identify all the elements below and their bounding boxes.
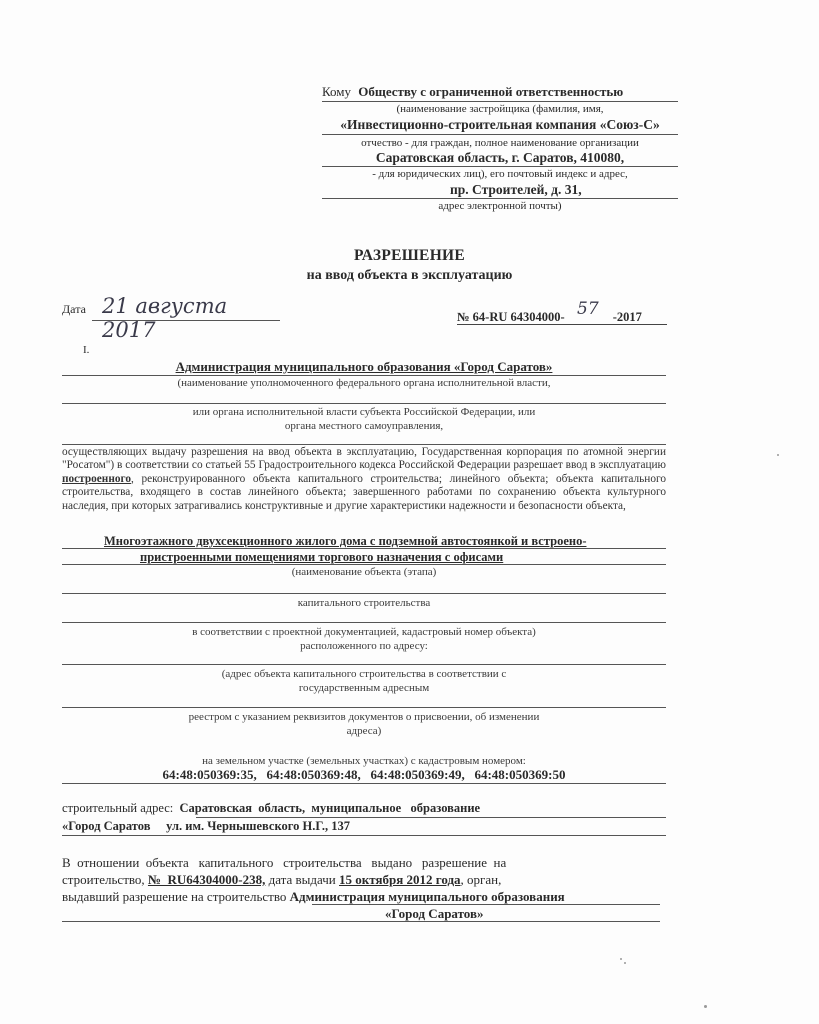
underline xyxy=(196,817,666,818)
to-label: Кому xyxy=(322,84,351,99)
addressee-hint-1: (наименование застройщика (фамилия, имя, xyxy=(322,103,678,115)
addressee-hint-3: - для юридических лиц), его почтовый инд… xyxy=(322,168,678,180)
document-title: РАЗРЕШЕНИЕ xyxy=(0,247,819,265)
underline xyxy=(62,564,666,565)
object-name-line-2: пристроенными помещениями торгового назн… xyxy=(140,550,503,565)
authority-hint-3: органа местного самоуправления, xyxy=(62,420,666,432)
underline xyxy=(62,783,666,784)
underline xyxy=(62,375,666,376)
object-hint-address-1: (адрес объекта капитального строительств… xyxy=(62,668,666,680)
scan-speck xyxy=(620,958,622,960)
underline xyxy=(62,835,666,836)
build-permit-number: № RU64304000-238, xyxy=(148,872,265,887)
object-hint-address-2: государственным адресным xyxy=(62,682,666,694)
build-address-line-1: Саратовская область, муниципальное образ… xyxy=(180,801,481,815)
underline xyxy=(62,444,666,445)
underline xyxy=(62,622,666,623)
issuer-label: выдавший разрешение на строительство xyxy=(62,889,290,904)
cadastral-numbers: 64:48:050369:35, 64:48:050369:48, 64:48:… xyxy=(62,767,666,783)
build-permit-date: 15 октября 2012 года xyxy=(339,872,461,887)
permit-text-line-1: В отношении объекта капитального строите… xyxy=(62,855,506,871)
object-hint-registry-1: реестром с указанием реквизитов документ… xyxy=(62,711,666,723)
build-address-row: строительный адрес: Саратовская область,… xyxy=(62,801,480,816)
permit-text-line-2: строительство, № RU64304000-238, дата вы… xyxy=(62,872,501,888)
authority-hint-1: (наименование уполномоченного федерально… xyxy=(62,377,666,389)
authority-name: Администрация муниципального образования… xyxy=(62,359,666,375)
object-hint-project-2: расположенного по адресу: xyxy=(62,640,666,652)
object-hint-name: (наименование объекта (этапа) xyxy=(62,566,666,578)
underline xyxy=(62,921,660,922)
underline xyxy=(322,166,678,167)
object-hint-capital: капитального строительства xyxy=(62,597,666,609)
issuer-line-1: Администрация муниципального образования xyxy=(290,889,565,904)
object-hint-registry-2: адреса) xyxy=(62,725,666,737)
build-address-line-2: «Город Саратов ул. им. Чернышевского Н.Г… xyxy=(62,819,350,834)
handwritten-number: 57 xyxy=(577,299,599,319)
permit-number-suffix: -2017 xyxy=(613,310,642,324)
scan-speck xyxy=(624,962,626,964)
underline xyxy=(62,593,666,594)
addressee-org-name: «Инвестиционно-строительная компания «Со… xyxy=(322,117,678,133)
issuer-line-2: «Город Саратов» xyxy=(385,906,484,922)
underline xyxy=(322,134,678,135)
permit-text-post: , орган, xyxy=(461,872,502,887)
object-hint-project-1: в соответствии с проектной документацией… xyxy=(62,626,666,638)
addressee-org-type: Обществу с ограниченной ответственностью xyxy=(358,84,623,99)
addressee-city: Саратовская область, г. Саратов, 410080, xyxy=(322,150,678,166)
legal-paragraph-pre: осуществляющих выдачу разрешения на ввод… xyxy=(62,446,666,471)
handwritten-date: 21 августа 2017 xyxy=(102,294,282,342)
addressee-line-1: Кому Обществу с ограниченной ответственн… xyxy=(322,84,623,100)
underline xyxy=(312,904,660,905)
addressee-hint-4: адрес электронной почты) xyxy=(322,200,678,212)
permit-number: № 64-RU 64304000--2017 xyxy=(457,310,642,325)
underline xyxy=(62,548,666,549)
scan-speck xyxy=(777,454,779,456)
land-plot-hint: на земельном участке (земельных участках… xyxy=(62,755,666,767)
authority-hint-2: или органа исполнительной власти субъект… xyxy=(62,406,666,418)
permit-text-line-3: выдавший разрешение на строительство Адм… xyxy=(62,889,565,905)
underline xyxy=(322,198,678,199)
section-numeral: I. xyxy=(83,344,89,356)
legal-paragraph: осуществляющих выдачу разрешения на ввод… xyxy=(62,446,666,513)
addressee-street: пр. Строителей, д. 31, xyxy=(450,182,582,198)
object-name-line-1: Многоэтажного двухсекционного жилого дом… xyxy=(104,534,586,549)
document-subtitle: на ввод объекта в эксплуатацию xyxy=(0,268,819,284)
addressee-hint-2: отчество - для граждан, полное наименова… xyxy=(322,137,678,149)
permit-text-pre: строительство, xyxy=(62,872,148,887)
underline xyxy=(322,101,678,102)
underline xyxy=(62,403,666,404)
permit-text-mid: дата выдачи xyxy=(265,872,339,887)
underline xyxy=(62,707,666,708)
legal-paragraph-post: , реконструированного объекта капитально… xyxy=(62,473,666,512)
scan-speck xyxy=(704,1005,707,1008)
legal-paragraph-emphasis: построенного xyxy=(62,473,131,485)
date-label: Дата xyxy=(62,302,86,317)
permit-number-prefix: № 64-RU 64304000- xyxy=(457,310,565,324)
permit-number-underline xyxy=(457,324,667,325)
build-address-label: строительный адрес: xyxy=(62,801,173,815)
underline xyxy=(62,664,666,665)
